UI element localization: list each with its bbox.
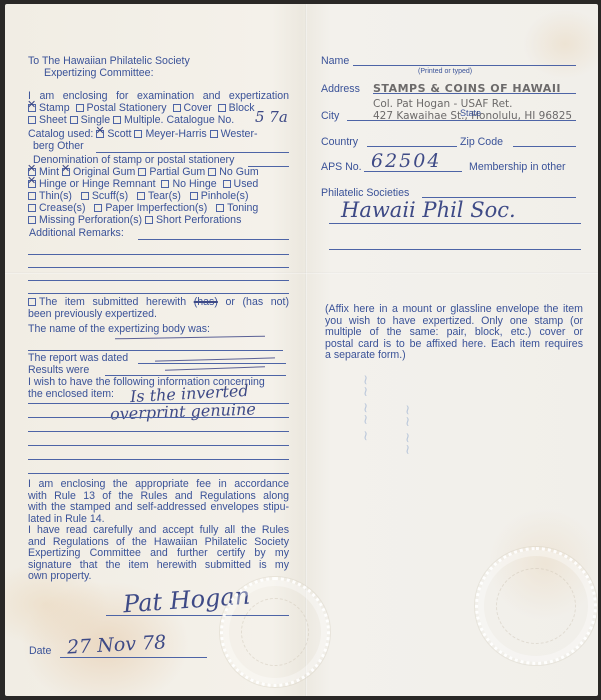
checkbox-icon [28,216,36,224]
missing-perforation-checkbox[interactable]: Missing Perforation(s) [28,214,142,226]
info-request-label-2: the enclosed item: [28,389,114,401]
block-checkbox[interactable]: Block [218,102,255,114]
checkbox-icon [208,168,216,176]
info-line-3[interactable] [28,431,289,432]
rubber-stamp-line-2: Col. Pat Hogan - USAF Ret. [373,98,512,110]
remarks-line-2[interactable] [28,254,289,255]
scott-checkbox[interactable]: Scott [96,128,131,140]
expertizing-body-label: The name of the expertizing body was: [28,324,210,336]
info-line-4[interactable] [28,445,289,446]
multiple-checkbox[interactable]: Multiple. [113,114,163,126]
westerberg-checkbox[interactable]: Wester- [210,128,258,140]
catalogue-no-label: Catalogue No. [166,114,234,126]
info-line-6[interactable] [28,473,289,474]
thin-checkbox[interactable]: Thin(s) [28,190,72,202]
short-perforations-checkbox[interactable]: Short Perforations [145,214,241,226]
aps-no-label: APS No. [321,162,362,174]
salutation-line-1: To The Hawaiian Philatelic Society [28,56,190,68]
certification-statement: I have read carefully and accept fully a… [28,525,289,583]
has-struck-text: (has) [194,296,218,308]
cover-checkbox[interactable]: Cover [173,102,212,114]
checkbox-icon [28,116,36,124]
checkbox-checked-icon [96,130,104,138]
item-types-row-1: Stamp Postal Stationery Cover Block [28,103,289,115]
no-hinge-checkbox[interactable]: No Hinge [161,178,216,190]
catalog-other-field[interactable] [96,152,289,153]
report-dated-label: The report was dated [28,353,128,365]
conditions-row-1: Mint Original Gum Partial Gum No Gum [28,167,259,179]
checkbox-icon [216,204,224,212]
societies-line-2 [329,223,581,224]
conditions-row-3: Thin(s) Scuff(s) Tear(s) Pinhole(s) [28,191,248,203]
remarks-line-1[interactable] [138,239,289,240]
date-field[interactable]: 27 Nov 78 [66,631,166,658]
results-label: Results were [28,365,89,377]
fee-statement: I am enclosing the appropriate fee in ac… [28,479,289,525]
checkbox-icon [70,116,78,124]
remarks-line-4[interactable] [28,280,289,281]
scuff-checkbox[interactable]: Scuff(s) [81,190,128,202]
country-field[interactable] [367,146,457,147]
previously-expertized-row: The item submitted herewith (has) or (ha… [28,297,289,309]
zip-code-label: Zip Code [460,137,503,149]
pinhole-checkbox[interactable]: Pinhole(s) [190,190,249,202]
previously-expertized-checkbox[interactable] [28,298,36,306]
expertization-form: To The Hawaiian Philatelic Society Exper… [5,4,598,696]
tear-checkbox[interactable]: Tear(s) [137,190,181,202]
checkbox-icon [28,192,36,200]
date-line [60,657,207,658]
affix-instructions: (Affix here in a mount or glassline enve… [325,304,583,362]
toning-checkbox[interactable]: Toning [216,202,258,214]
embossed-seal-left [220,577,330,687]
name-label: Name [321,56,349,68]
enclosing-intro: I am enclosing for examination and exper… [28,91,289,103]
rubber-stamp-line-1: STAMPS & COINS OF HAWAII [373,82,561,95]
item-types-row-2: Sheet Single Multiple. Catalogue No. [28,115,234,127]
salutation-line-2: Expertizing Committee: [44,68,154,80]
info-line-1[interactable] [28,403,289,404]
sheet-checkbox[interactable]: Sheet [28,114,67,126]
partial-gum-checkbox[interactable]: Partial Gum [138,166,205,178]
checkbox-icon [190,192,198,200]
info-line-2[interactable] [28,417,289,418]
pencil-mark: ~~ ~~ ~ [357,374,373,442]
membership-label: Membership in other [469,162,566,174]
pencil-mark: ~~ ~~ [399,404,415,455]
conditions-row-2: Hinge or Hinge Remnant No Hinge Used [28,179,258,191]
catalogue-no-field[interactable]: 5 7a [255,108,288,126]
catalog-other-label: berg Other [33,141,84,153]
checkbox-icon [218,104,226,112]
checkbox-checked-icon [62,168,70,176]
name-field[interactable] [353,65,576,66]
previously-expertized-continued: been previously expertized. [28,309,157,321]
checkbox-icon [76,104,84,112]
checkbox-icon [138,168,146,176]
checkbox-icon [94,204,102,212]
hinge-remnant-checkbox[interactable]: Hinge or Hinge Remnant [28,178,156,190]
used-checkbox[interactable]: Used [223,178,259,190]
checkbox-icon [81,192,89,200]
expertizing-body-field[interactable] [28,350,283,351]
stamp-checkbox[interactable]: Stamp [28,102,70,114]
conditions-row-4: Crease(s) Paper Imperfection(s) Toning [28,203,258,215]
zip-code-field[interactable] [513,146,576,147]
checkbox-icon [173,104,181,112]
report-dated-pen-line [155,357,275,361]
aps-no-line [364,171,462,172]
checkbox-icon [28,204,36,212]
expertizing-body-pen-line [115,336,265,340]
conditions-row-5: Missing Perforation(s) Short Perforation… [28,215,241,227]
checkbox-icon [161,180,169,188]
address-label: Address [321,84,360,96]
remarks-line-5[interactable] [28,293,289,294]
catalog-used-row: Catalog used: Scott Meyer-Harris Wester- [28,129,289,141]
checkbox-icon [145,216,153,224]
no-gum-checkbox[interactable]: No Gum [208,166,258,178]
paper-imperfection-checkbox[interactable]: Paper Imperfection(s) [94,202,207,214]
societies-field[interactable]: Hawaii Phil Soc. [341,198,516,222]
checkbox-checked-icon [28,180,36,188]
checkbox-icon [113,116,121,124]
checkbox-icon [137,192,145,200]
date-label: Date [29,646,51,658]
meyer-harris-checkbox[interactable]: Meyer-Harris [134,128,206,140]
embossed-seal-right [475,547,597,665]
original-gum-checkbox[interactable]: Original Gum [62,166,135,178]
societies-line-3 [329,249,581,250]
report-dated-field[interactable] [138,363,286,364]
city-label: City [321,111,339,123]
checkbox-icon [210,130,218,138]
state-label: State [460,108,481,120]
fold-line-horizontal [5,272,598,274]
additional-remarks-label: Additional Remarks: [29,228,124,240]
remarks-line-3[interactable] [28,267,289,268]
results-pen-line [165,366,265,370]
postal-stationery-checkbox[interactable]: Postal Stationery [76,102,167,114]
info-line-5[interactable] [28,459,289,460]
aps-no-field[interactable]: 62504 [371,150,441,172]
name-hint: (Printed or typed) [418,68,472,76]
country-label: Country [321,137,358,149]
checkbox-checked-icon [28,104,36,112]
checkbox-icon [134,130,142,138]
checkbox-icon [223,180,231,188]
crease-checkbox[interactable]: Crease(s) [28,202,86,214]
